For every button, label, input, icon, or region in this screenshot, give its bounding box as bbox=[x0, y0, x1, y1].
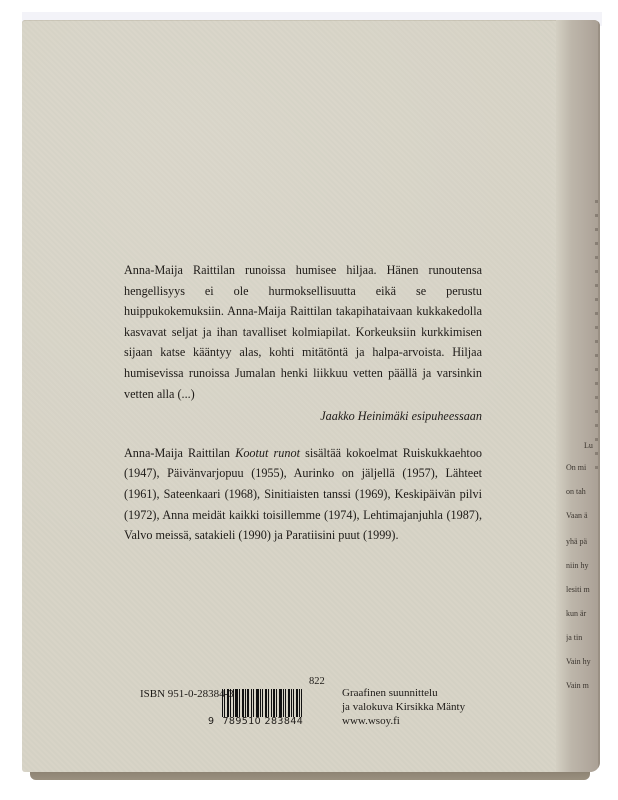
book-back-cover: Lu On mi on tah Vaan ä yhä pä niin hy le… bbox=[22, 20, 600, 772]
credits-photo: ja valokuva Kirsikka Mänty bbox=[342, 700, 465, 714]
blurb-block: Anna-Maija Raittilan runoissa humisee hi… bbox=[124, 260, 482, 546]
flap-line: lesiti m bbox=[566, 586, 590, 594]
bibliography-collections: sisältää kokoelmat Ruiskukkaehtoo (1947)… bbox=[124, 446, 482, 542]
flap-line: Lu bbox=[584, 442, 593, 450]
flap-line: kun är bbox=[566, 610, 586, 618]
publisher-url: www.wsoy.fi bbox=[342, 714, 465, 728]
flap-line: Vain hy bbox=[566, 658, 591, 666]
credits-block: Graafinen suunnittelu ja valokuva Kirsik… bbox=[342, 686, 465, 728]
flap-line: ja tin bbox=[566, 634, 582, 642]
book-title: Kootut runot bbox=[235, 446, 300, 460]
inner-flap-text: Lu On mi on tah Vaan ä yhä pä niin hy le… bbox=[566, 20, 600, 772]
barcode-icon bbox=[222, 689, 306, 717]
bibliography-paragraph: Anna-Maija Raittilan Kootut runot sisält… bbox=[124, 443, 482, 546]
flap-line: yhä pä bbox=[566, 538, 587, 546]
barcode-number: 789510 283844 bbox=[222, 716, 303, 727]
flap-line: on tah bbox=[566, 488, 586, 496]
bibliography-prefix: Anna-Maija Raittilan bbox=[124, 446, 235, 460]
flap-line: Vain m bbox=[566, 682, 589, 690]
barcode-first-digit: 9 bbox=[208, 716, 214, 727]
blurb-paragraph: Anna-Maija Raittilan runoissa humisee hi… bbox=[124, 260, 482, 404]
book-board-edge bbox=[30, 771, 590, 780]
flap-line: niin hy bbox=[566, 562, 588, 570]
price-code: 822 bbox=[309, 676, 325, 687]
flap-line: Vaan ä bbox=[566, 512, 588, 520]
barcode-digits: 9789510 283844 bbox=[208, 716, 303, 727]
isbn-label: ISBN 951-0-28384-3 bbox=[140, 688, 234, 700]
credits-design: Graafinen suunnittelu bbox=[342, 686, 465, 700]
flap-line: On mi bbox=[566, 464, 586, 472]
blurb-attribution: Jaakko Heinimäki esipuheessaan bbox=[124, 406, 482, 427]
